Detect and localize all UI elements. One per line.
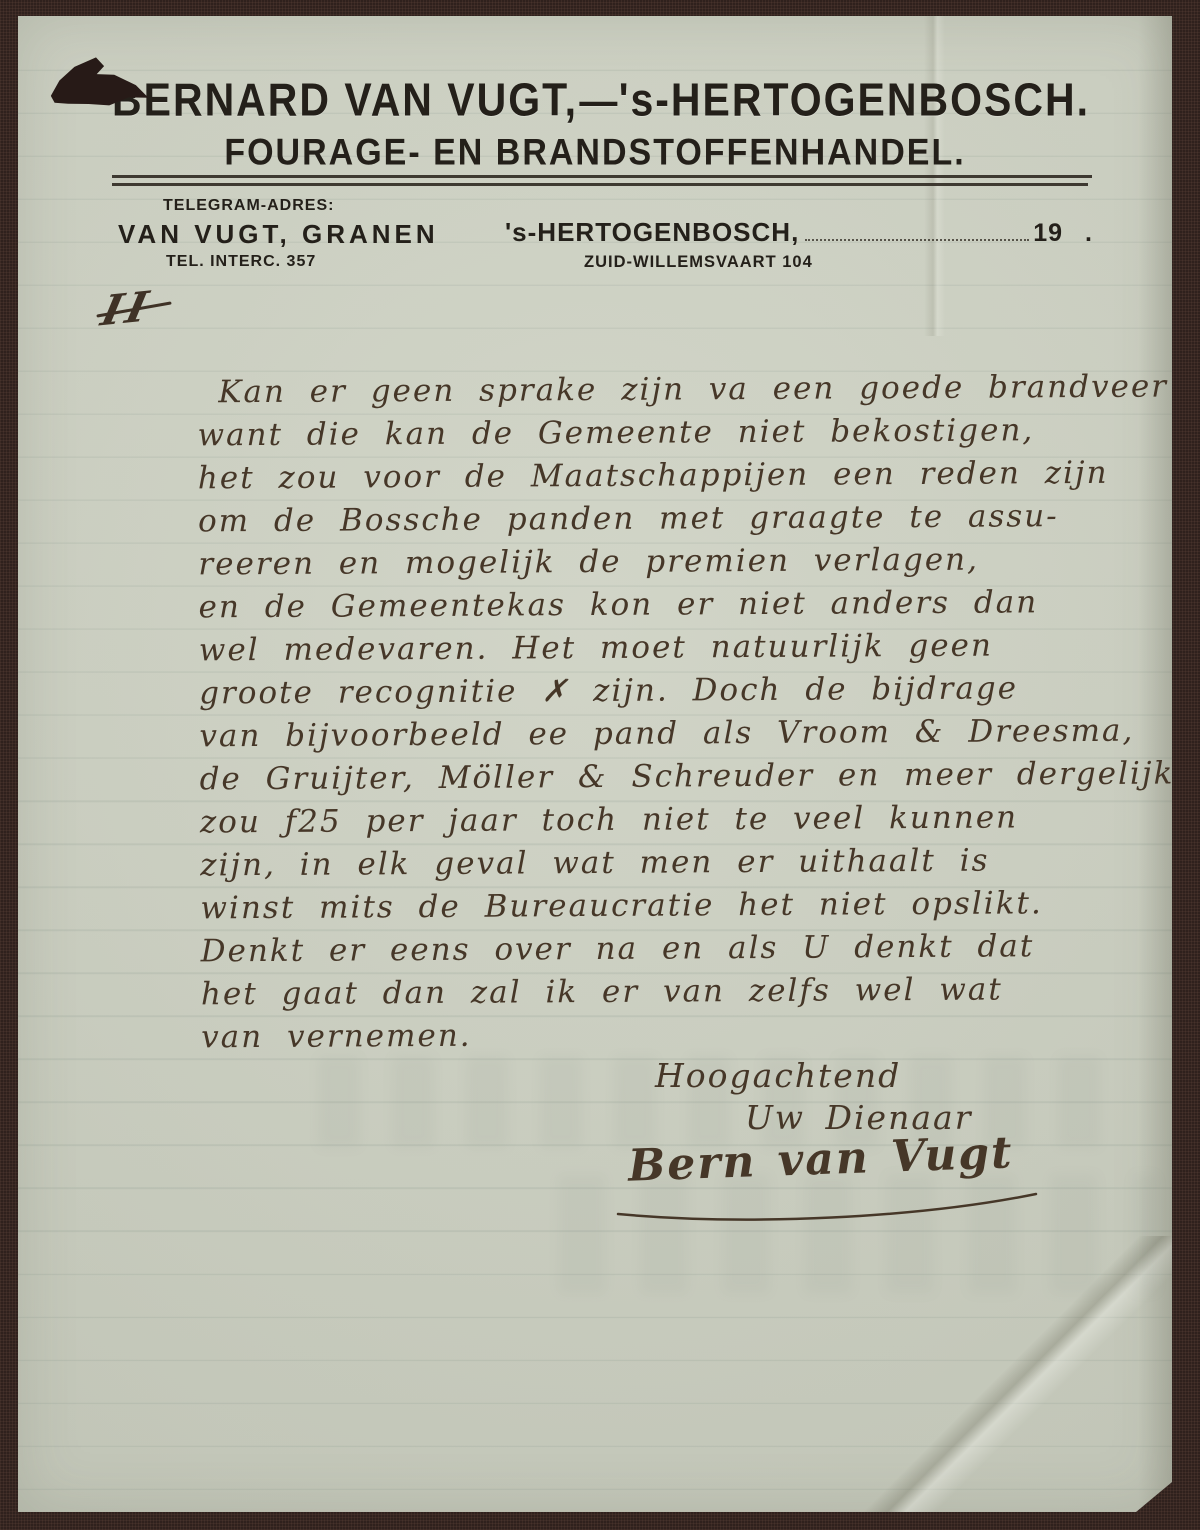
handwritten-line: van bijvoorbeeld ee pand als Vroom & Dre…	[199, 713, 1159, 762]
handwritten-line: zou ƒ25 per jaar toch niet te veel kunne…	[200, 799, 1160, 848]
handwritten-line: want die kan de Gemeente niet bekostigen…	[197, 412, 1157, 461]
street-address: ZUID-WILLEMSVAART 104	[584, 253, 813, 272]
dateline-dotted-rule	[805, 219, 1029, 241]
letter-page: BERNARD VAN VUGT, — 's-HERTOGENBOSCH. FO…	[18, 16, 1172, 1512]
handwritten-line: reeren en mogelijk de premien verlagen,	[198, 541, 1158, 590]
dateline-city: 's-HERTOGENBOSCH,	[505, 217, 799, 248]
title-dash: —	[579, 78, 617, 126]
company-name: BERNARD VAN VUGT,	[112, 74, 578, 127]
telegram-address-label: TELEGRAM-ADRES:	[163, 197, 334, 215]
company-city: 's-HERTOGENBOSCH.	[619, 74, 1090, 127]
handwritten-line: en de Gemeentekas kon er niet anders dan	[198, 584, 1158, 633]
letterhead-rule-top	[112, 175, 1092, 178]
handwritten-line: wel medevaren. Het moet natuurlijk geen	[199, 627, 1159, 676]
signature: Bern van Vugt	[627, 1127, 1014, 1191]
letterhead-title: BERNARD VAN VUGT, — 's-HERTOGENBOSCH.	[112, 74, 1090, 127]
dateline-year-prefix: 19	[1033, 219, 1063, 248]
paper-crease	[858, 1236, 1178, 1526]
scan-background: BERNARD VAN VUGT, — 's-HERTOGENBOSCH. FO…	[0, 0, 1200, 1530]
dateline-period: .	[1085, 219, 1093, 248]
handwritten-line: zijn, in elk geval wat men er uithaalt i…	[200, 842, 1160, 891]
signature-flourish	[608, 1188, 1048, 1224]
letterhead-rule-bottom	[112, 183, 1088, 186]
closing-salutation: Hoogachtend	[655, 1056, 901, 1095]
handwritten-line: winst mits de Bureaucratie het niet opsl…	[200, 885, 1160, 934]
handwritten-line: het gaat dan zal ik er van zelfs wel wat	[201, 971, 1161, 1020]
letterhead-subtitle: FOURAGE- EN BRANDSTOFFENHANDEL.	[18, 132, 1172, 174]
handwritten-line: Denkt er eens over na en als U denkt dat	[201, 928, 1161, 977]
dateline: 's-HERTOGENBOSCH, 19 .	[505, 217, 1093, 248]
handwritten-line: de Gruijter, Möller & Schreuder en meer …	[200, 756, 1160, 805]
handwritten-line: om de Bossche panden met graagte te assu…	[198, 498, 1158, 547]
telephone-number: TEL. INTERC. 357	[166, 253, 316, 271]
handwritten-line: groote recognitie ✗ zijn. Doch de bijdra…	[199, 670, 1159, 719]
handwritten-line: Kan er geen sprake zijn va een goede bra…	[218, 368, 1178, 417]
handwritten-line: het zou voor de Maatschappijen een reden…	[198, 455, 1158, 504]
letter-body: Kan er geen sprake zijn va een goede bra…	[18, 12, 1172, 19]
telegram-address-value: VAN VUGT, GRANEN	[118, 219, 439, 250]
